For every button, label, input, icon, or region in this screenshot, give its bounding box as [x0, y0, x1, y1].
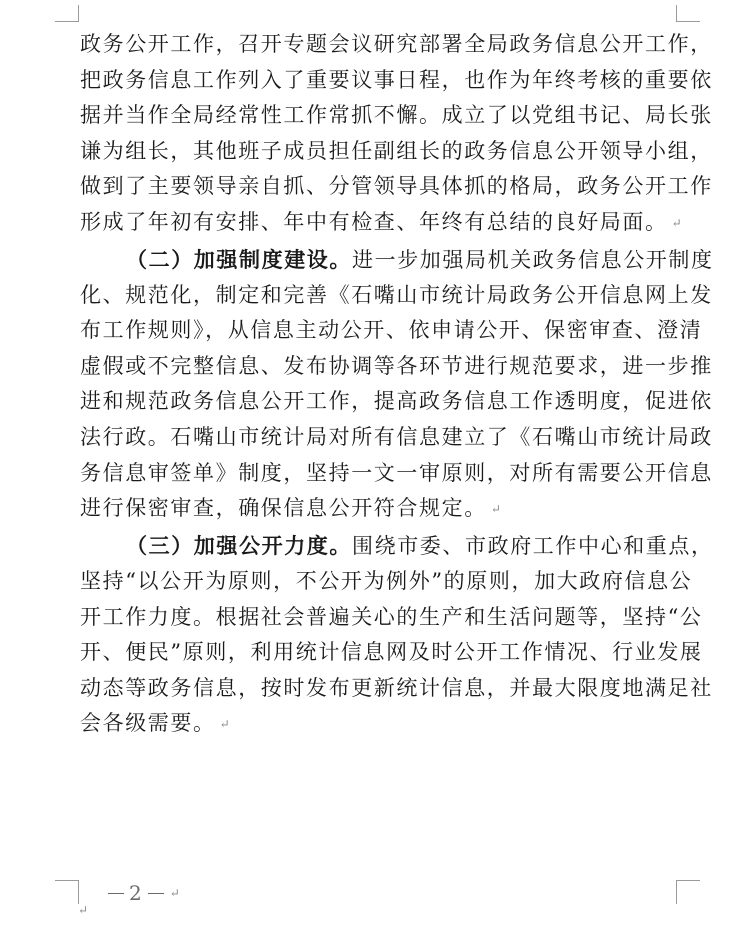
text-line: 开、便民”原则，利用统计信息网及时公开工作情况、行业发展: [80, 635, 680, 671]
text-line: 法行政。石嘴山市统计局对所有信息建立了《石嘴山市统计局政: [80, 420, 680, 456]
paragraph-mark-icon: ↵: [78, 903, 88, 917]
text-line: 把政务信息工作列入了重要议事日程，也作为年终考核的重要依: [80, 63, 680, 99]
text-line: 做到了主要领导亲自抓、分管领导具体抓的格局，政务公开工作: [80, 169, 680, 205]
paragraph-2: （二）加强制度建设。进一步加强局机关政务信息公开制度 化、规范化，制定和完善《石…: [80, 242, 680, 527]
margin-corner-mark-top-right: [676, 5, 700, 22]
dash-left: [108, 893, 124, 894]
section-heading: （三）加强公开力度。: [126, 533, 352, 558]
text-line: 务信息审签单》制度，坚持一文一审原则，对所有需要公开信息: [80, 456, 680, 492]
paragraph-mark-icon: ↵: [672, 216, 682, 230]
paragraph-mark-icon: ↵: [491, 502, 501, 516]
text-line: 谦为组长，其他班子成员担任副组长的政务信息公开领导小组，: [80, 134, 680, 170]
footer-page-number: 2 ↵: [103, 881, 180, 905]
text-line: 进行保密审查，确保信息公开符合规定。↵: [80, 491, 680, 527]
paragraph-1: 政务公开工作，召开专题会议研究部署全局政务信息公开工作， 把政务信息工作列入了重…: [80, 27, 680, 241]
text-line: 进和规范政务信息公开工作，提高政务信息工作透明度，促进依: [80, 384, 680, 420]
margin-corner-mark-top-left: [55, 5, 79, 22]
text-line: 虚假或不完整信息、发布协调等各环节进行规范要求，进一步推: [80, 349, 680, 385]
section-heading: （二）加强制度建设。: [126, 247, 352, 272]
paragraph-mark-icon: ↵: [170, 886, 180, 900]
document-body[interactable]: 政务公开工作，召开专题会议研究部署全局政务信息公开工作， 把政务信息工作列入了重…: [80, 27, 680, 742]
text-line: 政务公开工作，召开专题会议研究部署全局政务信息公开工作，: [80, 27, 680, 63]
margin-corner-mark-bottom-left: [55, 880, 79, 904]
dash-right: [148, 893, 164, 894]
text-line: （二）加强制度建设。进一步加强局机关政务信息公开制度: [80, 242, 680, 278]
paragraph-3: （三）加强公开力度。围绕市委、市政府工作中心和重点， 坚持“以公开为原则，不公开…: [80, 528, 680, 742]
page-number: 2: [129, 881, 143, 905]
paragraph-mark-icon: ↵: [220, 717, 230, 731]
text-line: 会各级需要。↵: [80, 706, 680, 742]
margin-corner-mark-bottom-right: [676, 880, 700, 904]
text-line: 动态等政务信息，按时发布更新统计信息，并最大限度地满足社: [80, 671, 680, 707]
text-line: 布工作规则》，从信息主动公开、依申请公开、保密审查、澄清: [80, 313, 680, 349]
text-line: 开工作力度。根据社会普遍关心的生产和生活问题等，坚持“公: [80, 600, 680, 636]
text-line: （三）加强公开力度。围绕市委、市政府工作中心和重点，: [80, 528, 680, 564]
text-line: 化、规范化，制定和完善《石嘴山市统计局政务公开信息网上发: [80, 278, 680, 314]
text-line: 形成了年初有安排、年中有检查、年终有总结的良好局面。↵: [80, 205, 680, 241]
text-line: 据并当作全局经常性工作常抓不懈。成立了以党组书记、局长张: [80, 98, 680, 134]
text-line: 坚持“以公开为原则，不公开为例外”的原则，加大政府信息公: [80, 564, 680, 600]
